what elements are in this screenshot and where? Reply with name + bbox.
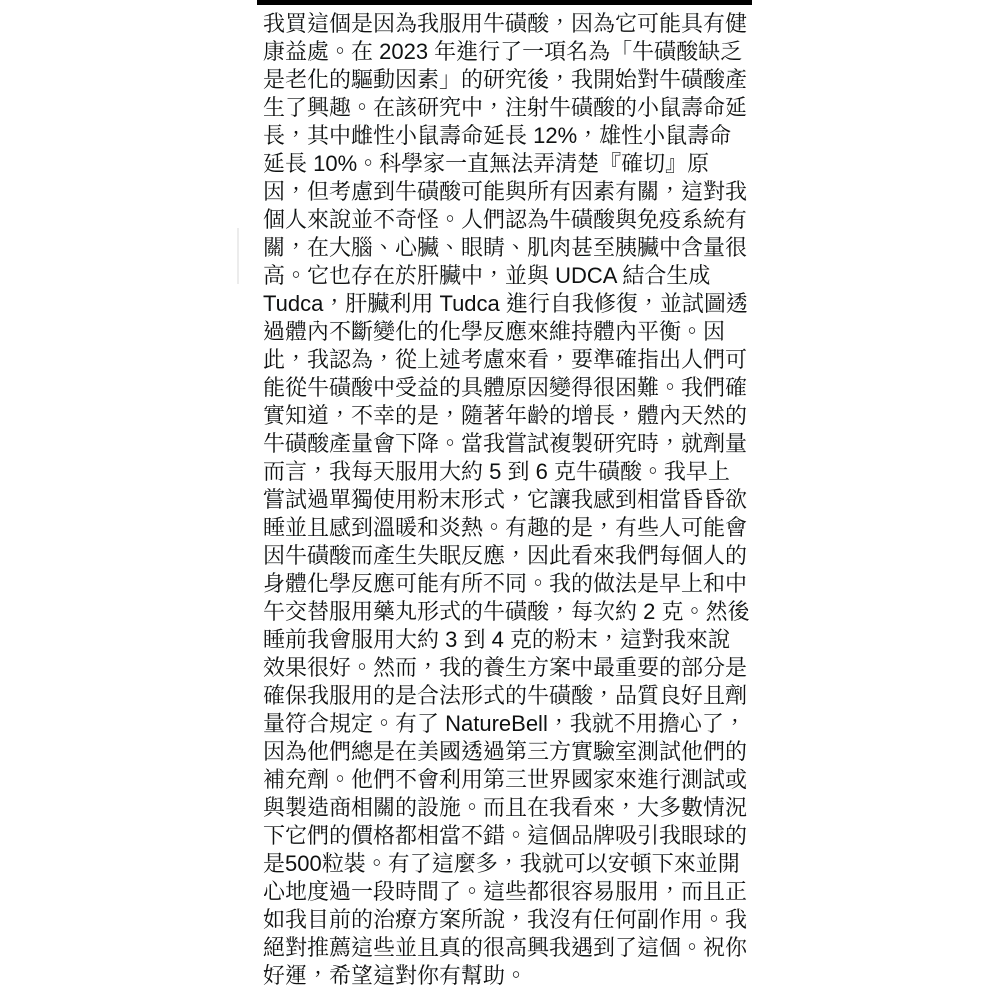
review-body-text: 我買這個是因為我服用牛磺酸，因為它可能具有健 康益處。在 2023 年進行了一項… (263, 10, 773, 990)
top-divider (257, 0, 752, 5)
review-screenshot: 我買這個是因為我服用牛磺酸，因為它可能具有健 康益處。在 2023 年進行了一項… (0, 0, 1000, 1000)
left-margin-mark (237, 228, 239, 284)
